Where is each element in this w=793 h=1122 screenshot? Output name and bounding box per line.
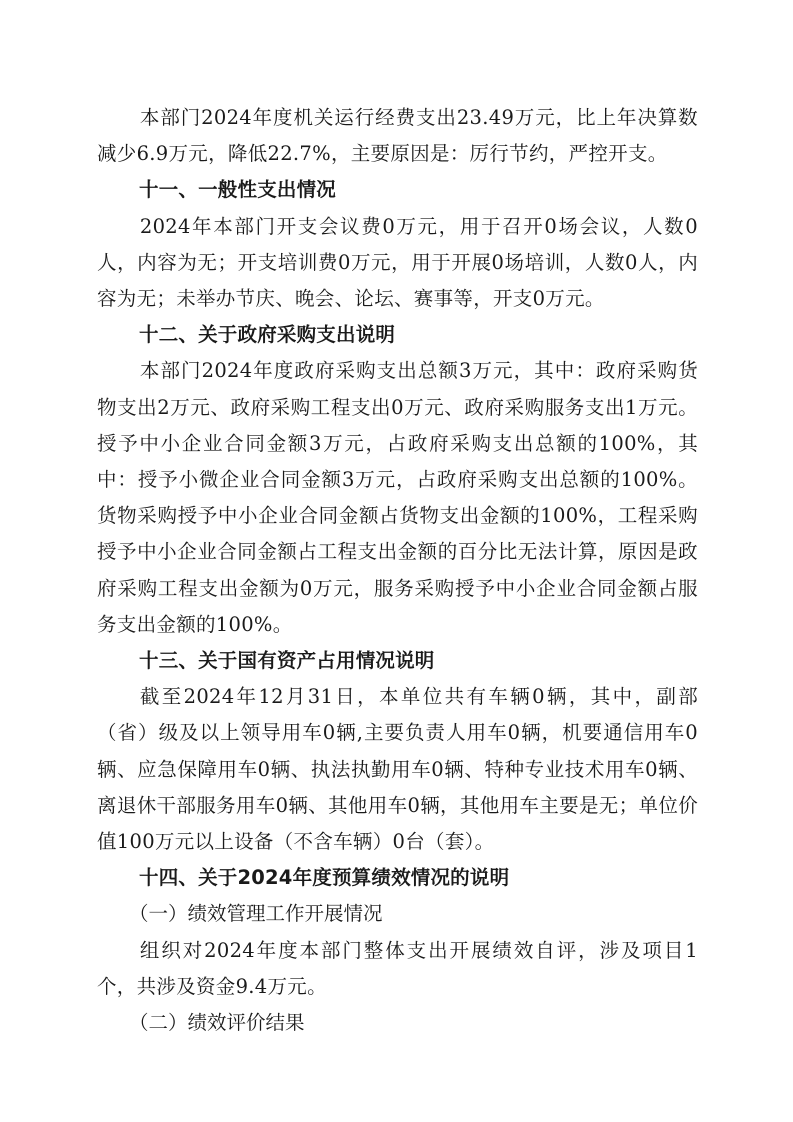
paragraph-government-procurement: 本部门2024年度政府采购支出总额3万元，其中：政府采购货物支出2万元、政府采购…	[97, 353, 698, 643]
paragraph-performance-management: 组织对2024年度本部门整体支出开展绩效自评，涉及项目1个，共涉及资金9.4万元…	[97, 933, 698, 1005]
subheading-performance-results: （二）绩效评价结果	[97, 1005, 698, 1041]
heading-budget-performance: 十四、关于2024年度预算绩效情况的说明	[97, 860, 698, 896]
heading-state-assets: 十三、关于国有资产占用情况说明	[97, 643, 698, 679]
document-page: 本部门2024年度机关运行经费支出23.49万元，比上年决算数减少6.9万元，降…	[97, 100, 698, 1041]
subheading-performance-management: （一）绩效管理工作开展情况	[97, 896, 698, 932]
paragraph-state-assets: 截至2024年12月31日，本单位共有车辆0辆，其中，副部（省）级及以上领导用车…	[97, 679, 698, 860]
paragraph-operating-expenses: 本部门2024年度机关运行经费支出23.49万元，比上年决算数减少6.9万元，降…	[97, 100, 698, 172]
paragraph-general-expenditure: 2024年本部门开支会议费0万元，用于召开0场会议，人数0人，内容为无；开支培训…	[97, 209, 698, 318]
heading-general-expenditure: 十一、一般性支出情况	[97, 172, 698, 208]
heading-government-procurement: 十二、关于政府采购支出说明	[97, 317, 698, 353]
